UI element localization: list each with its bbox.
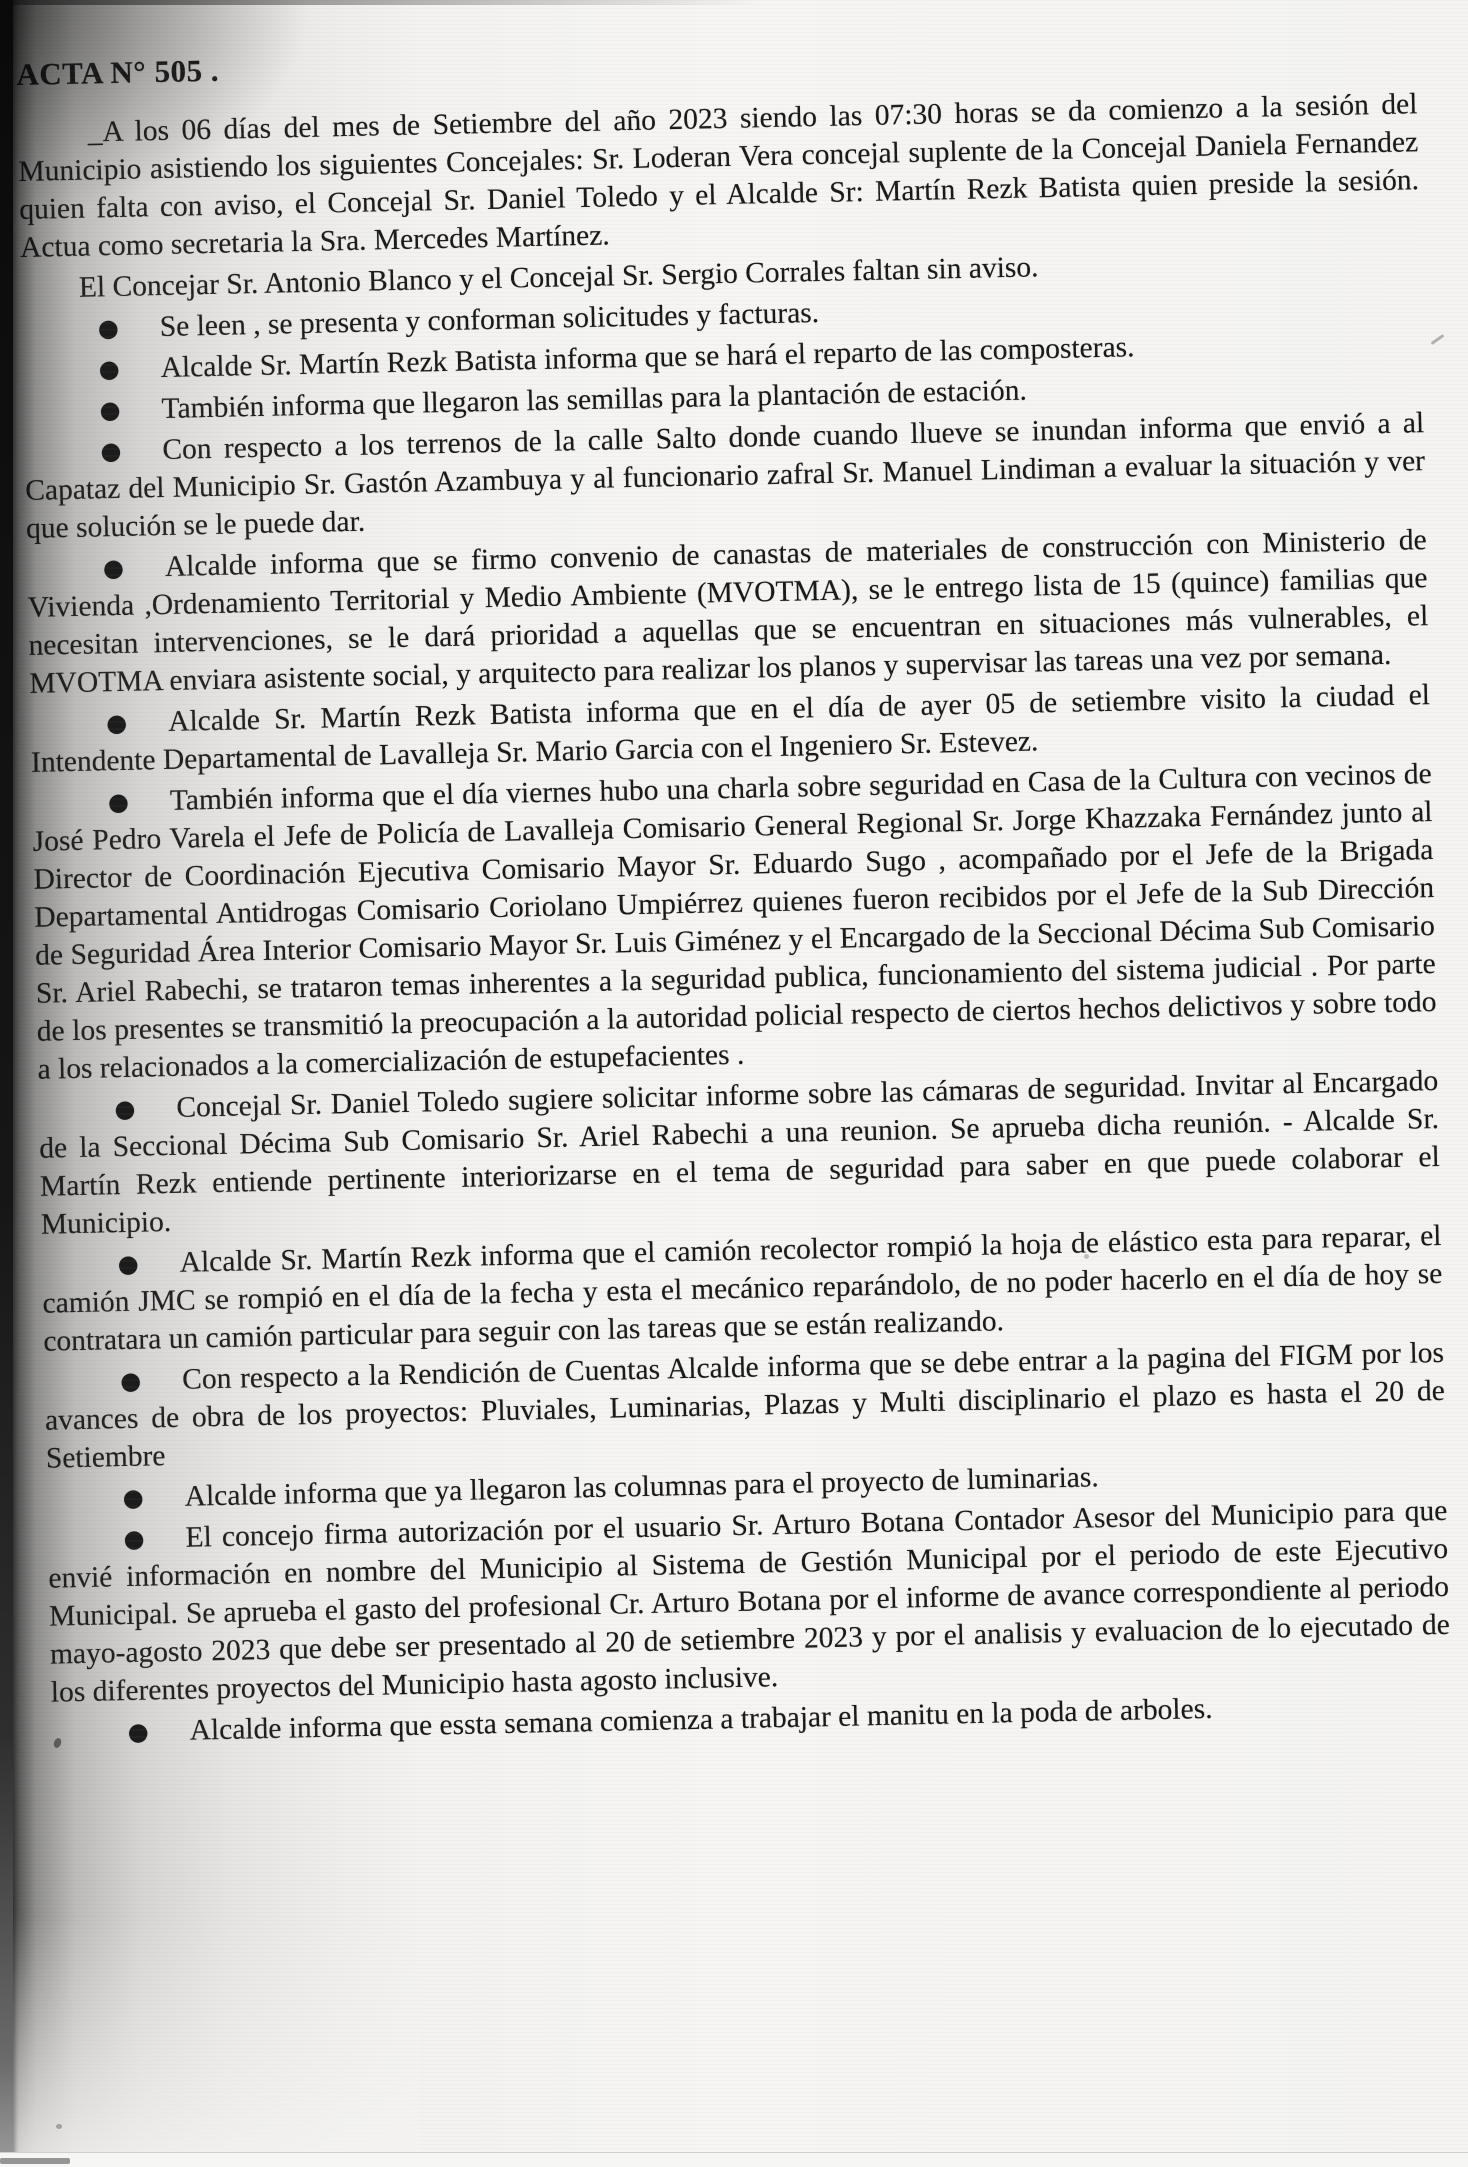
bullet-icon: ● — [117, 1244, 180, 1283]
scan-shadow-left-fade — [0, 1887, 420, 2167]
scan-edge-top — [0, 0, 760, 5]
minute-item: ●También informa que el día viernes hubo… — [32, 755, 1438, 1089]
intro-paragraph: _A los 06 días del mes de Setiembre del … — [17, 85, 1420, 267]
minute-item-text: El concejo firma autorización por el usu… — [48, 1495, 1450, 1709]
acta-title: ACTA N° 505 . — [16, 26, 1416, 94]
bullet-icon: ● — [114, 1089, 177, 1128]
minute-item-text: También informa que el día viernes hubo … — [32, 758, 1436, 1086]
scan-edge-bottom — [0, 2152, 1468, 2167]
scan-edge-strip — [0, 0, 13, 2167]
bullet-icon: ● — [99, 390, 162, 429]
minute-item-text: Concejal Sr. Daniel Toledo sugiere solic… — [39, 1065, 1440, 1241]
minute-item: ●Concejal Sr. Daniel Toledo sugiere soli… — [38, 1062, 1441, 1244]
minute-item-text: Alcalde informa que se firmo convenio de… — [27, 524, 1428, 700]
noise-speck — [1430, 334, 1444, 345]
bullet-icon: ● — [120, 1361, 183, 1400]
minute-item-text: Con respecto a los terrenos de la calle … — [25, 407, 1425, 545]
scanned-acta-page: { "page": { "title": "ACTA N° 505 .", "b… — [0, 0, 1468, 2167]
bullet-icon: ● — [123, 1519, 186, 1558]
intro-text: _A los 06 días del mes de Setiembre del … — [18, 88, 1419, 264]
bullet-icon: ● — [122, 1478, 185, 1517]
bullet-icon: ● — [103, 548, 166, 587]
bullet-icon: ● — [98, 349, 161, 388]
bullet-icon: ● — [106, 703, 169, 742]
minute-item-text: Con respecto a la Rendición de Cuentas A… — [45, 1337, 1445, 1475]
minute-item: ●Alcalde informa que se firmo convenio d… — [27, 521, 1430, 703]
minute-item: ●El concejo firma autorización por el us… — [47, 1492, 1451, 1712]
bullet-icon: ● — [100, 431, 163, 470]
bullet-icon: ● — [108, 782, 171, 821]
bullet-icon: ● — [97, 308, 160, 347]
noise-speck — [56, 2124, 62, 2129]
bullet-icon: ● — [127, 1712, 190, 1751]
minute-item-text: Alcalde Sr. Martín Rezk informa que el c… — [42, 1220, 1442, 1358]
acta-document-body: ACTA N° 505 . _A los 06 días del mes de … — [16, 26, 1452, 1755]
scan-edge-bottom-mark — [0, 2158, 70, 2164]
